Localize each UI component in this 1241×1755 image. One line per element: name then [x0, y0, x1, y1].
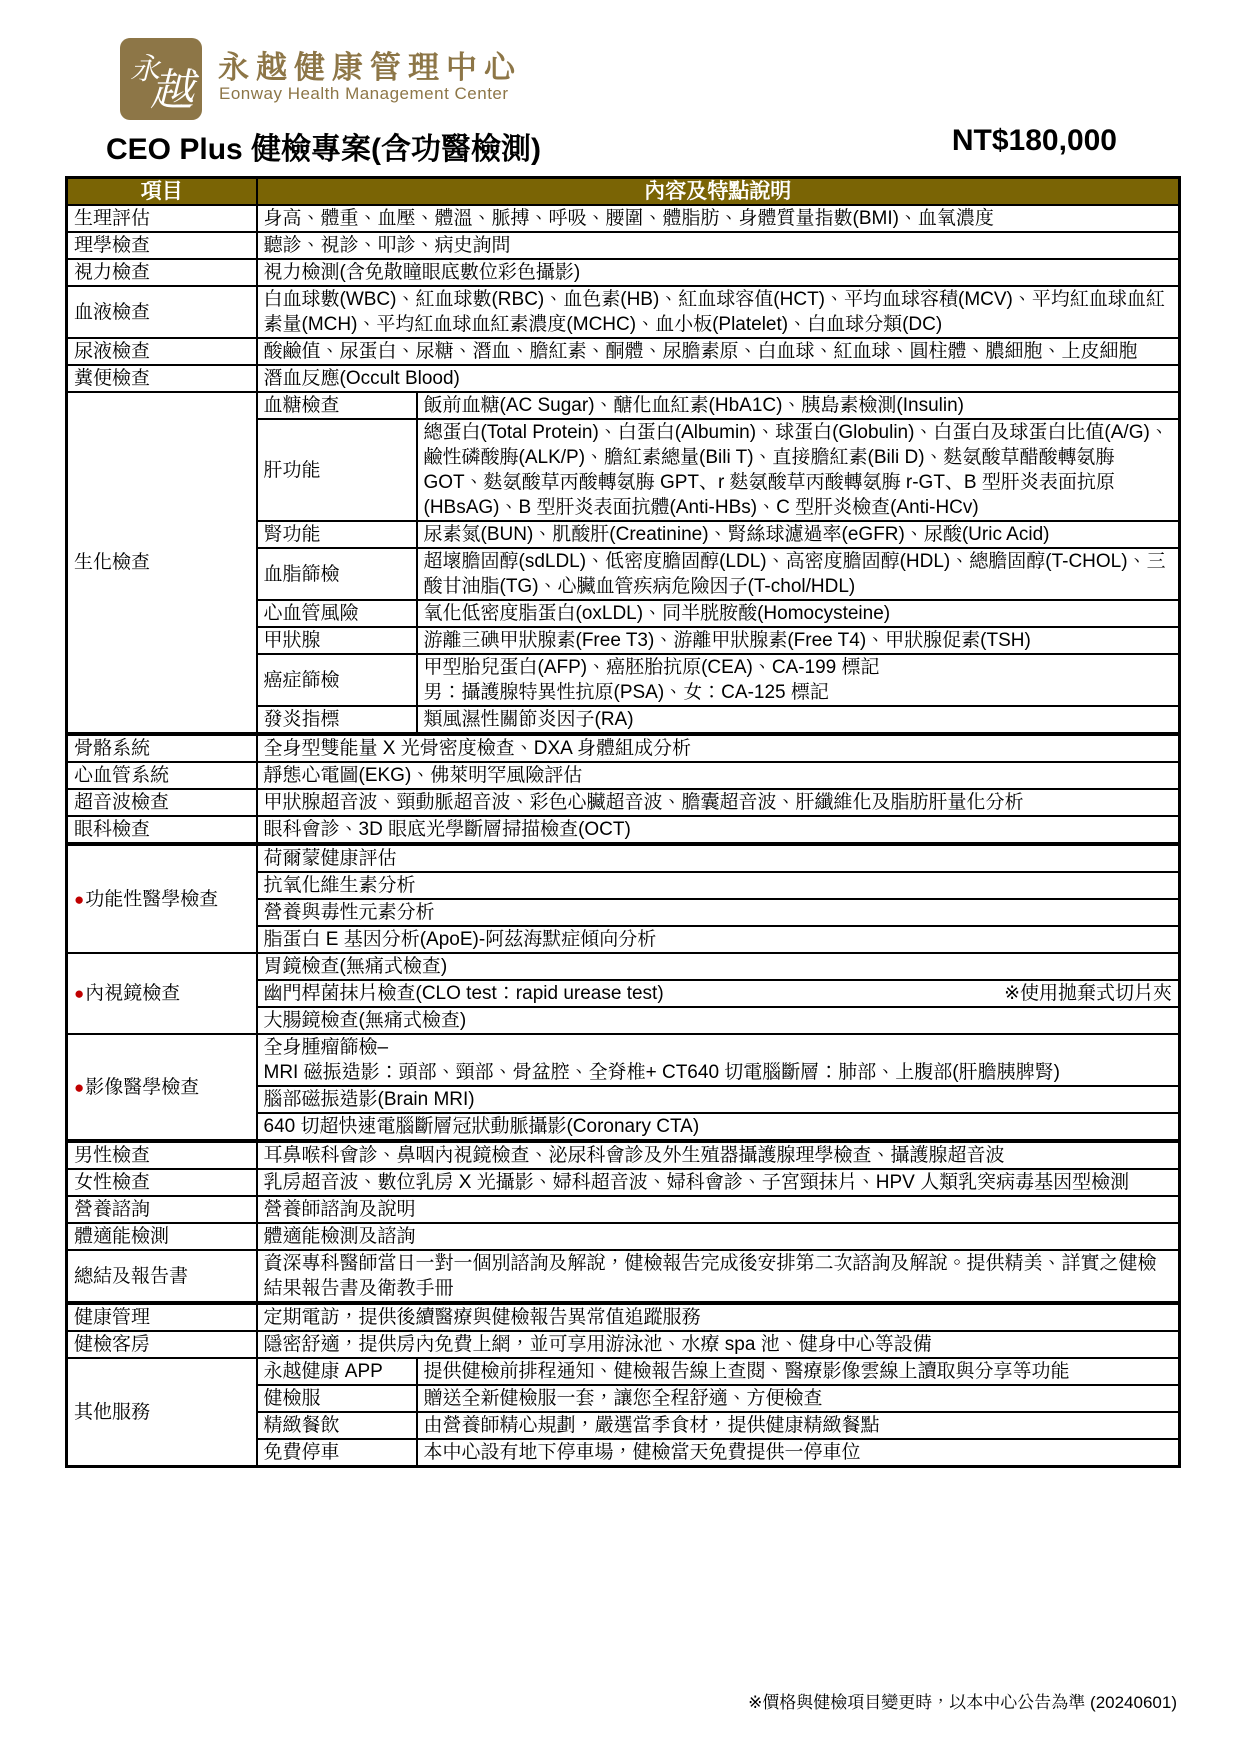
item-physical-exam: 理學檢查 — [67, 232, 257, 259]
row-desc: 大腸鏡檢查(無痛式檢查) — [257, 1007, 1180, 1034]
sub-desc: 提供健檢前排程通知、健檢報告線上查閱、醫療影像雲線上讀取與分享等功能 — [417, 1358, 1180, 1385]
sub-desc: 甲型胎兒蛋白(AFP)、癌胚胎抗原(CEA)、CA-199 標記 男：攝護腺特異… — [417, 654, 1180, 706]
table-row: 心血管系統 靜態心電圖(EKG)、佛萊明罕風險評估 — [67, 762, 1180, 789]
item-skeletal: 骨骼系統 — [67, 734, 257, 762]
sub-desc: 游離三碘甲狀腺素(Free T3)、游離甲狀腺素(Free T4)、甲狀腺促素(… — [417, 627, 1180, 654]
sub-desc: 尿素氮(BUN)、肌酸肝(Creatinine)、腎絲球濾過率(eGFR)、尿酸… — [417, 521, 1180, 548]
page: { "logo": { "seal": { "char1": "永", "cha… — [0, 0, 1241, 1755]
row-desc: 640 切超快速電腦斷層冠狀動脈攝影(Coronary CTA) — [257, 1113, 1180, 1141]
row-desc: 靜態心電圖(EKG)、佛萊明罕風險評估 — [257, 762, 1180, 789]
table-row: 男性檢查 耳鼻喉科會診、鼻咽內視鏡檢查、泌尿科會診及外生殖器攝護腺理學檢查、攝護… — [67, 1141, 1180, 1169]
sub-item: 心血管風險 — [257, 600, 417, 627]
row-desc: 全身腫瘤篩檢– MRI 磁振造影：頭部、頸部、骨盆腔、全脊椎+ CT640 切電… — [257, 1034, 1180, 1086]
row-desc: 耳鼻喉科會診、鼻咽內視鏡檢查、泌尿科會診及外生殖器攝護腺理學檢查、攝護腺超音波 — [257, 1141, 1180, 1169]
row-desc: 全身型雙能量 X 光骨密度檢查、DXA 身體組成分析 — [257, 734, 1180, 762]
item-label: 功能性醫學檢查 — [85, 889, 218, 910]
item-label: 內視鏡檢查 — [85, 983, 180, 1004]
table-row: 健康管理 定期電訪，提供後續醫療與健檢報告異常值追蹤服務 — [67, 1303, 1180, 1331]
sub-desc: 由營養師精心規劃，嚴選當季食材，提供健康精緻餐點 — [417, 1412, 1180, 1439]
row-desc: 營養師諮詢及說明 — [257, 1196, 1180, 1223]
table-row: 視力檢查 視力檢測(含免散瞳眼底數位彩色攝影) — [67, 259, 1180, 286]
row-desc: 視力檢測(含免散瞳眼底數位彩色攝影) — [257, 259, 1180, 286]
table-row: 總結及報告書 資深專科醫師當日一對一個別諮詢及解說，健檢報告完成後安排第二次諮詢… — [67, 1250, 1180, 1303]
row-desc: 胃鏡檢查(無痛式檢查) — [257, 953, 1180, 980]
row-desc: 潛血反應(Occult Blood) — [257, 365, 1180, 392]
table-row: 尿液檢查 酸鹼值、尿蛋白、尿糖、潛血、膽紅素、酮體、尿膽素原、白血球、紅血球、圓… — [67, 338, 1180, 365]
logo-name-zh: 永越健康管理中心 — [218, 42, 522, 87]
item-health-management: 健康管理 — [67, 1303, 257, 1331]
table-row: 生化檢查 血糖檢查 飯前血糖(AC Sugar)、醣化血紅素(HbA1C)、胰島… — [67, 392, 1180, 419]
sub-desc: 飯前血糖(AC Sugar)、醣化血紅素(HbA1C)、胰島素檢測(Insuli… — [417, 392, 1180, 419]
sub-item: 健檢服 — [257, 1385, 417, 1412]
logo-seal-char2: 越 — [150, 54, 194, 118]
row-desc: ※使用拋棄式切片夾幽門桿菌抹片檢查(CLO test：rapid urease … — [257, 980, 1180, 1007]
row-desc: 身高、體重、血壓、體溫、脈搏、呼吸、腰圍、體脂肪、身體質量指數(BMI)、血氧濃… — [257, 205, 1180, 232]
package-table: 項目 內容及特點說明 生理評估 身高、體重、血壓、體溫、脈搏、呼吸、腰圍、體脂肪… — [65, 176, 1181, 1468]
row-desc: 抗氧化維生素分析 — [257, 872, 1180, 899]
table-row: 女性檢查 乳房超音波、數位乳房 X 光攝影、婦科超音波、婦科會診、子宮頸抹片、H… — [67, 1169, 1180, 1196]
table-row: 健檢客房 隱密舒適，提供房內免費上網，並可享用游泳池、水療 spa 池、健身中心… — [67, 1331, 1180, 1358]
sub-item: 發炎指標 — [257, 706, 417, 734]
item-label: 影像醫學檢查 — [85, 1077, 199, 1098]
disposable-forceps-note: ※使用拋棄式切片夾 — [1004, 981, 1172, 1006]
sub-item: 肝功能 — [257, 419, 417, 521]
table-row: 眼科檢查 眼科會診、3D 眼底光學斷層掃描檢查(OCT) — [67, 816, 1180, 844]
red-dot-icon: ● — [74, 890, 84, 909]
sub-item: 癌症篩檢 — [257, 654, 417, 706]
logo-seal-icon: 永 越 — [120, 38, 202, 120]
item-biochemistry: 生化檢查 — [67, 392, 257, 734]
row-desc-text: 幽門桿菌抹片檢查(CLO test：rapid urease test) — [264, 983, 664, 1004]
column-header-item: 項目 — [67, 178, 257, 206]
table-row: ●影像醫學檢查 全身腫瘤篩檢– MRI 磁振造影：頭部、頸部、骨盆腔、全脊椎+ … — [67, 1034, 1180, 1086]
row-desc: 酸鹼值、尿蛋白、尿糖、潛血、膽紅素、酮體、尿膽素原、白血球、紅血球、圓柱體、膿細… — [257, 338, 1180, 365]
item-nutrition: 營養諮詢 — [67, 1196, 257, 1223]
sub-item: 甲狀腺 — [257, 627, 417, 654]
price: NT$180,000 — [952, 124, 1117, 158]
row-desc: 營養與毒性元素分析 — [257, 899, 1180, 926]
item-vision: 視力檢查 — [67, 259, 257, 286]
row-desc: 定期電訪，提供後續醫療與健檢報告異常值追蹤服務 — [257, 1303, 1180, 1331]
item-blood-test: 血液檢查 — [67, 286, 257, 338]
table-row: 糞便檢查 潛血反應(Occult Blood) — [67, 365, 1180, 392]
item-ophthalmology: 眼科檢查 — [67, 816, 257, 844]
item-fitness: 體適能檢測 — [67, 1223, 257, 1250]
sub-desc: 總蛋白(Total Protein)、白蛋白(Albumin)、球蛋白(Glob… — [417, 419, 1180, 521]
column-header-desc: 內容及特點說明 — [257, 178, 1180, 206]
item-functional-medicine: ●功能性醫學檢查 — [67, 844, 257, 953]
item-summary-report: 總結及報告書 — [67, 1250, 257, 1303]
item-other-services: 其他服務 — [67, 1358, 257, 1467]
sub-desc: 類風濕性關節炎因子(RA) — [417, 706, 1180, 734]
table-row: 超音波檢查 甲狀腺超音波、頸動脈超音波、彩色心臟超音波、膽囊超音波、肝纖維化及脂… — [67, 789, 1180, 816]
item-guest-room: 健檢客房 — [67, 1331, 257, 1358]
item-imaging: ●影像醫學檢查 — [67, 1034, 257, 1141]
row-desc: 隱密舒適，提供房內免費上網，並可享用游泳池、水療 spa 池、健身中心等設備 — [257, 1331, 1180, 1358]
sub-item: 腎功能 — [257, 521, 417, 548]
table-row: 血液檢查 白血球數(WBC)、紅血球數(RBC)、血色素(HB)、紅血球容值(H… — [67, 286, 1180, 338]
item-urine-test: 尿液檢查 — [67, 338, 257, 365]
table-row: 生理評估 身高、體重、血壓、體溫、脈搏、呼吸、腰圍、體脂肪、身體質量指數(BMI… — [67, 205, 1180, 232]
row-desc: 聽診、視診、叩診、病史詢問 — [257, 232, 1180, 259]
sub-item: 免費停車 — [257, 1439, 417, 1467]
item-female-exam: 女性檢查 — [67, 1169, 257, 1196]
red-dot-icon: ● — [74, 984, 84, 1003]
table-row: 骨骼系統 全身型雙能量 X 光骨密度檢查、DXA 身體組成分析 — [67, 734, 1180, 762]
table-row: ●功能性醫學檢查 荷爾蒙健康評估 — [67, 844, 1180, 872]
sub-item: 血糖檢查 — [257, 392, 417, 419]
item-stool-test: 糞便檢查 — [67, 365, 257, 392]
table-header-row: 項目 內容及特點說明 — [67, 178, 1180, 206]
sub-item: 血脂篩檢 — [257, 548, 417, 600]
row-desc: 體適能檢測及諮詢 — [257, 1223, 1180, 1250]
item-cardiovascular: 心血管系統 — [67, 762, 257, 789]
row-desc: 白血球數(WBC)、紅血球數(RBC)、血色素(HB)、紅血球容值(HCT)、平… — [257, 286, 1180, 338]
logo-name-en: Eonway Health Management Center — [219, 84, 509, 104]
sub-desc: 贈送全新健檢服一套，讓您全程舒適、方便檢查 — [417, 1385, 1180, 1412]
row-desc: 乳房超音波、數位乳房 X 光攝影、婦科超音波、婦科會診、子宮頸抹片、HPV 人類… — [257, 1169, 1180, 1196]
red-dot-icon: ● — [74, 1078, 84, 1097]
table-row: 理學檢查 聽診、視診、叩診、病史詢問 — [67, 232, 1180, 259]
table-row: ●內視鏡檢查 胃鏡檢查(無痛式檢查) — [67, 953, 1180, 980]
item-physiology: 生理評估 — [67, 205, 257, 232]
table-row: 體適能檢測 體適能檢測及諮詢 — [67, 1223, 1180, 1250]
item-male-exam: 男性檢查 — [67, 1141, 257, 1169]
footer-note: ※價格與健檢項目變更時，以本中心公告為準 (20240601) — [748, 1688, 1177, 1713]
item-ultrasound: 超音波檢查 — [67, 789, 257, 816]
table-row: 其他服務 永越健康 APP 提供健檢前排程通知、健檢報告線上查閱、醫療影像雲線上… — [67, 1358, 1180, 1385]
sub-item: 永越健康 APP — [257, 1358, 417, 1385]
row-desc: 荷爾蒙健康評估 — [257, 844, 1180, 872]
row-desc: 眼科會診、3D 眼底光學斷層掃描檢查(OCT) — [257, 816, 1180, 844]
row-desc: 脂蛋白 E 基因分析(ApoE)-阿茲海默症傾向分析 — [257, 926, 1180, 953]
row-desc: 甲狀腺超音波、頸動脈超音波、彩色心臟超音波、膽囊超音波、肝纖維化及脂肪肝量化分析 — [257, 789, 1180, 816]
sub-desc: 超壞膽固醇(sdLDL)、低密度膽固醇(LDL)、高密度膽固醇(HDL)、總膽固… — [417, 548, 1180, 600]
sub-desc: 氧化低密度脂蛋白(oxLDL)、同半胱胺酸(Homocysteine) — [417, 600, 1180, 627]
sub-desc: 本中心設有地下停車場，健檢當天免費提供一停車位 — [417, 1439, 1180, 1467]
row-desc: 腦部磁振造影(Brain MRI) — [257, 1086, 1180, 1113]
page-title: CEO Plus 健檢專案(含功醫檢測) — [106, 124, 541, 168]
sub-item: 精緻餐飲 — [257, 1412, 417, 1439]
row-desc: 資深專科醫師當日一對一個別諮詢及解說，健檢報告完成後安排第二次諮詢及解說。提供精… — [257, 1250, 1180, 1303]
item-endoscopy: ●內視鏡檢查 — [67, 953, 257, 1034]
table-row: 營養諮詢 營養師諮詢及說明 — [67, 1196, 1180, 1223]
